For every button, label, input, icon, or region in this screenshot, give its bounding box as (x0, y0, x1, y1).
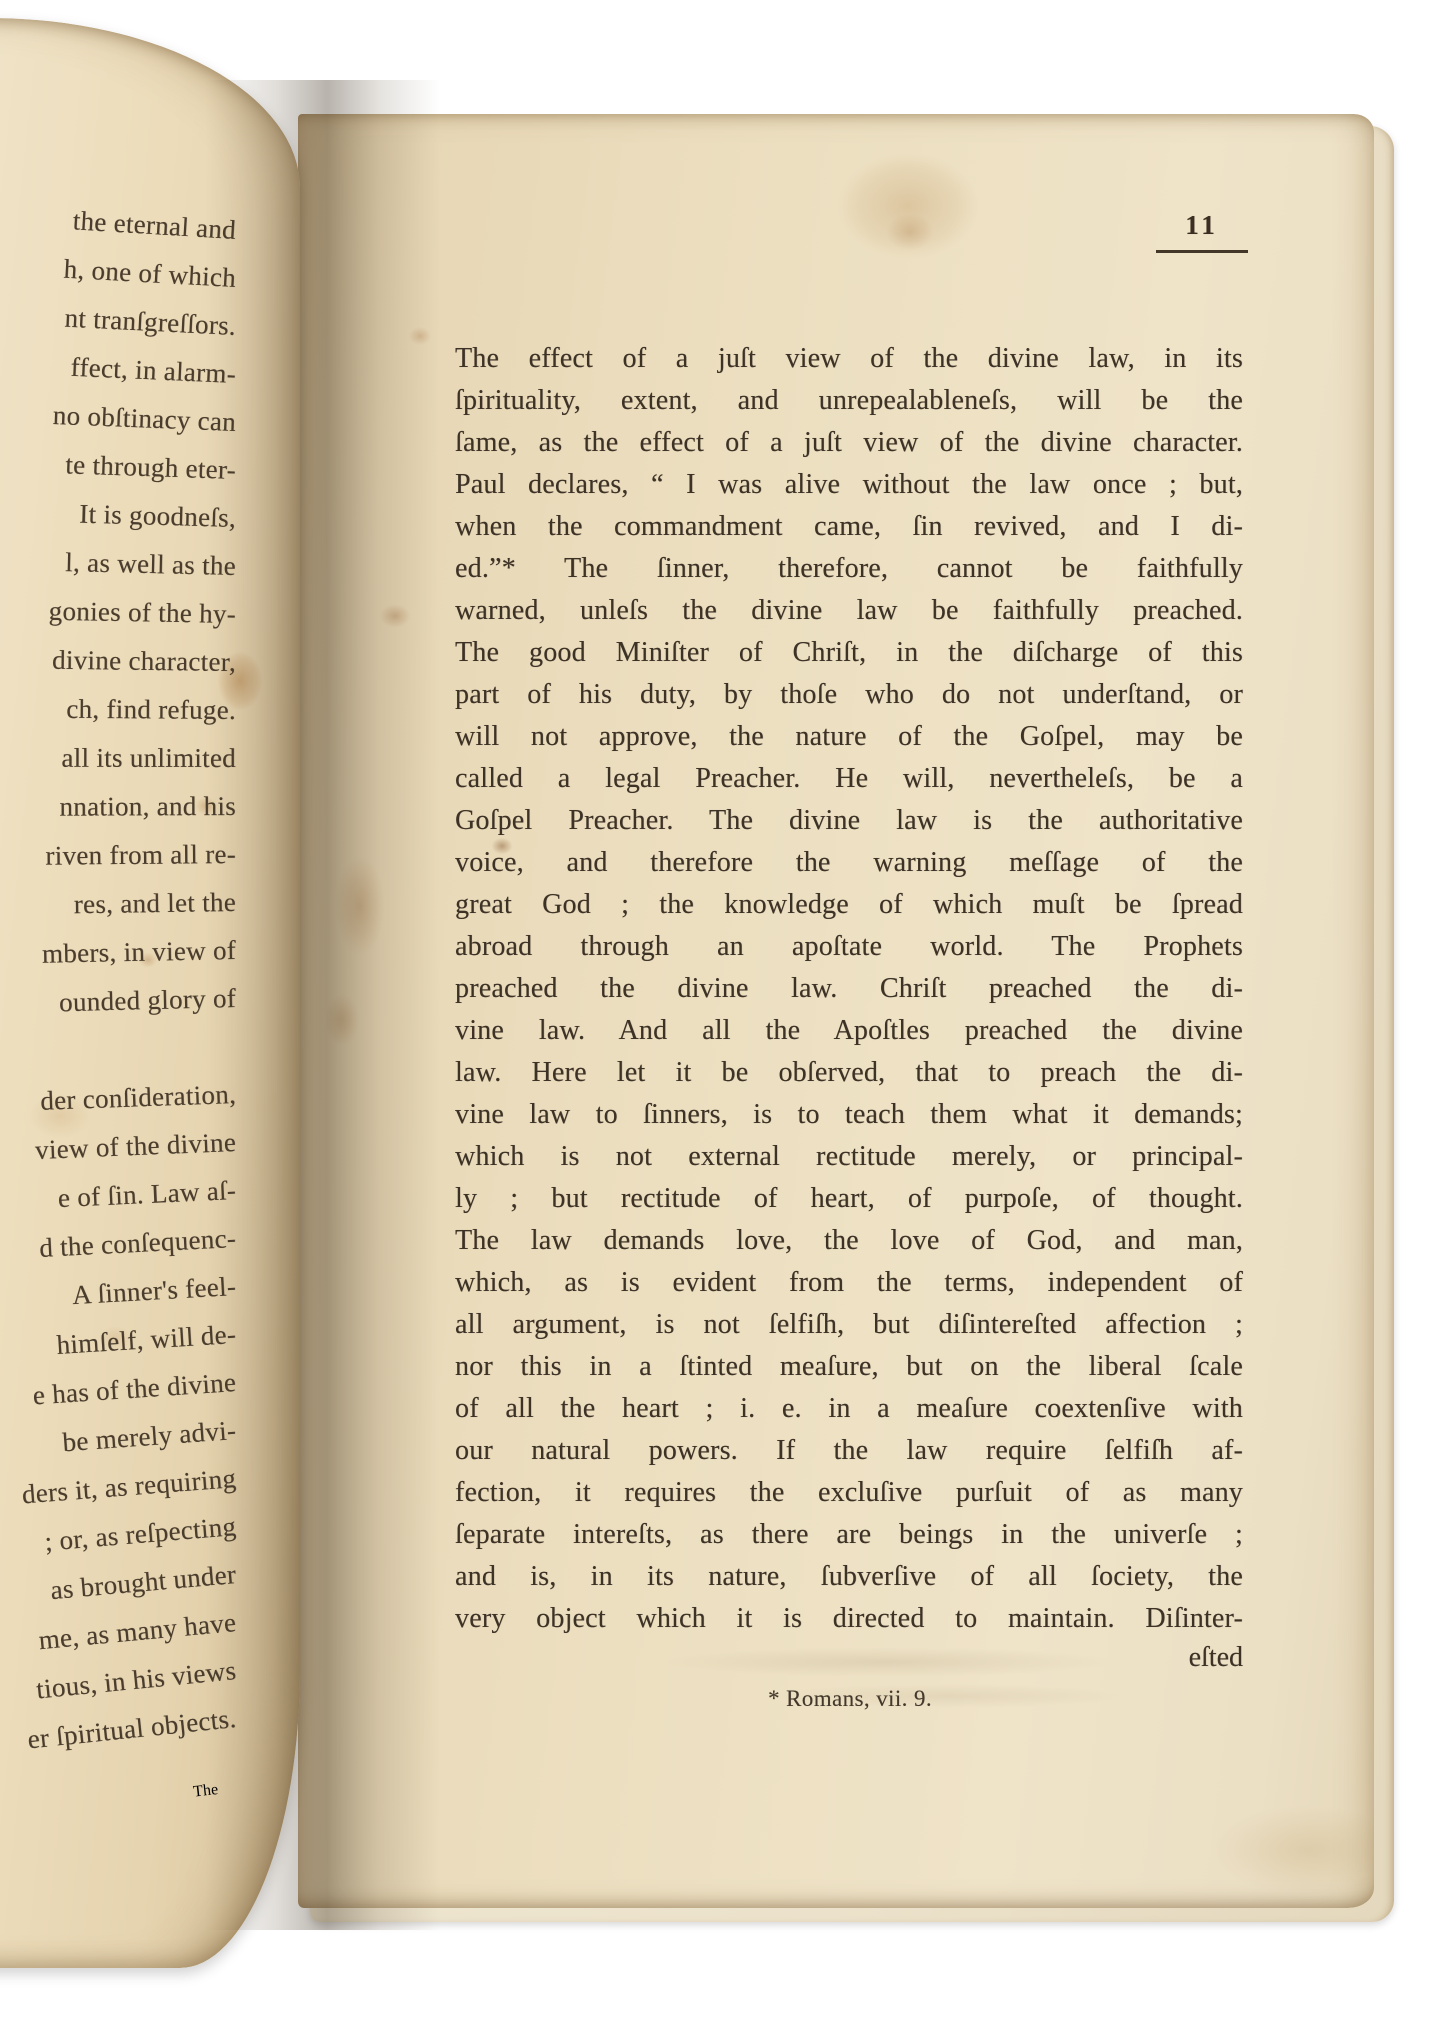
text-line: of all the heart ; i. e. in a meaſure co… (455, 1388, 1243, 1430)
text-line: and is, in its nature, ſubverſive of all… (455, 1556, 1243, 1598)
text-line: great God ; the knowledge of which muſt … (455, 884, 1243, 926)
text-line: divine character, (0, 635, 236, 686)
right-page-text: The effect of a juſt view of the divine … (455, 338, 1243, 1640)
text-line: ounded glory of (0, 974, 237, 1029)
text-line: ly ; but rectitude of heart, of purpoſe,… (455, 1178, 1243, 1220)
left-page: the eternal andh, one of whichnt tranſgr… (0, 18, 300, 1968)
text-line: vine law to ſinners, is to teach them wh… (455, 1094, 1243, 1136)
text-line: ſpirituality, extent, and unrepealablene… (455, 380, 1243, 422)
footnote: * Romans, vii. 9. (768, 1686, 932, 1712)
text-line: vine law. And all the Apoſtles preached … (455, 1010, 1243, 1052)
page-number: 11 (1156, 210, 1248, 253)
text-line: will not approve, the nature of the Goſp… (455, 716, 1243, 758)
text-line: nnation, and his (0, 782, 236, 831)
text-line: Paul declares, “ I was alive without the… (455, 464, 1243, 506)
text-line: Goſpel Preacher. The divine law is the a… (455, 800, 1243, 842)
text-line: called a legal Preacher. He will, nevert… (455, 758, 1243, 800)
text-line: abroad through an apoſtate world. The Pr… (455, 926, 1243, 968)
text-line: res, and let the (0, 878, 236, 930)
text-line: The effect of a juſt view of the divine … (455, 338, 1243, 380)
book-photo: the eternal andh, one of whichnt tranſgr… (0, 0, 1445, 2023)
text-line: ch, find refuge. (0, 684, 236, 734)
text-line: part of his duty, by thoſe who do not un… (455, 674, 1243, 716)
text-line: te through eter- (0, 437, 237, 494)
text-line: warned, unleſs the divine law be faithfu… (455, 590, 1243, 632)
text-line: The good Miniſter of Chriſt, in the diſc… (455, 632, 1243, 674)
text-line: law. Here let it be obſerved, that to pr… (455, 1052, 1243, 1094)
text-line: nor this in a ſtinted meaſure, but on th… (455, 1346, 1243, 1388)
text-line: ſeparate intereſts, as there are beings … (455, 1514, 1243, 1556)
right-page: 11 The effect of a juſt view of the divi… (298, 114, 1374, 1908)
text-line: fection, it requires the excluſive purſu… (455, 1472, 1243, 1514)
text-line: our natural powers. If the law require ſ… (455, 1430, 1243, 1472)
text-line: all its unlimited (0, 734, 236, 782)
text-line: The law demands love, the love of God, a… (455, 1220, 1243, 1262)
text-line: riven from all re- (0, 830, 236, 880)
text-line: which is not external rectitude merely, … (455, 1136, 1243, 1178)
text-line: preached the divine law. Chriſt preached… (455, 968, 1243, 1010)
text-line: no obſtinacy can (0, 387, 237, 446)
text-line: gonies of the hy- (0, 585, 236, 638)
text-line: which, as is evident from the terms, ind… (455, 1262, 1243, 1304)
text-line: ed.”* The ſinner, therefore, cannot be f… (455, 548, 1243, 590)
text-line: all argument, is not ſelfiſh, but diſint… (455, 1304, 1243, 1346)
text-line: ſame, as the effect of a juſt view of th… (455, 422, 1243, 464)
text-line: voice, and therefore the warning meſſage… (455, 842, 1243, 884)
text-line: It is goodneſs, (0, 486, 237, 542)
left-page-catchword: The (0, 1766, 238, 1841)
right-page-catchword: eſted (1189, 1642, 1243, 1674)
text-line: very object which it is directed to main… (455, 1598, 1243, 1640)
text-line: l, as well as the (0, 536, 237, 590)
text-line: mbers, in view of (0, 926, 236, 979)
left-page-text: the eternal andh, one of whichnt tranſgr… (0, 206, 236, 1742)
text-line: when the commandment came, ſin revived, … (455, 506, 1243, 548)
